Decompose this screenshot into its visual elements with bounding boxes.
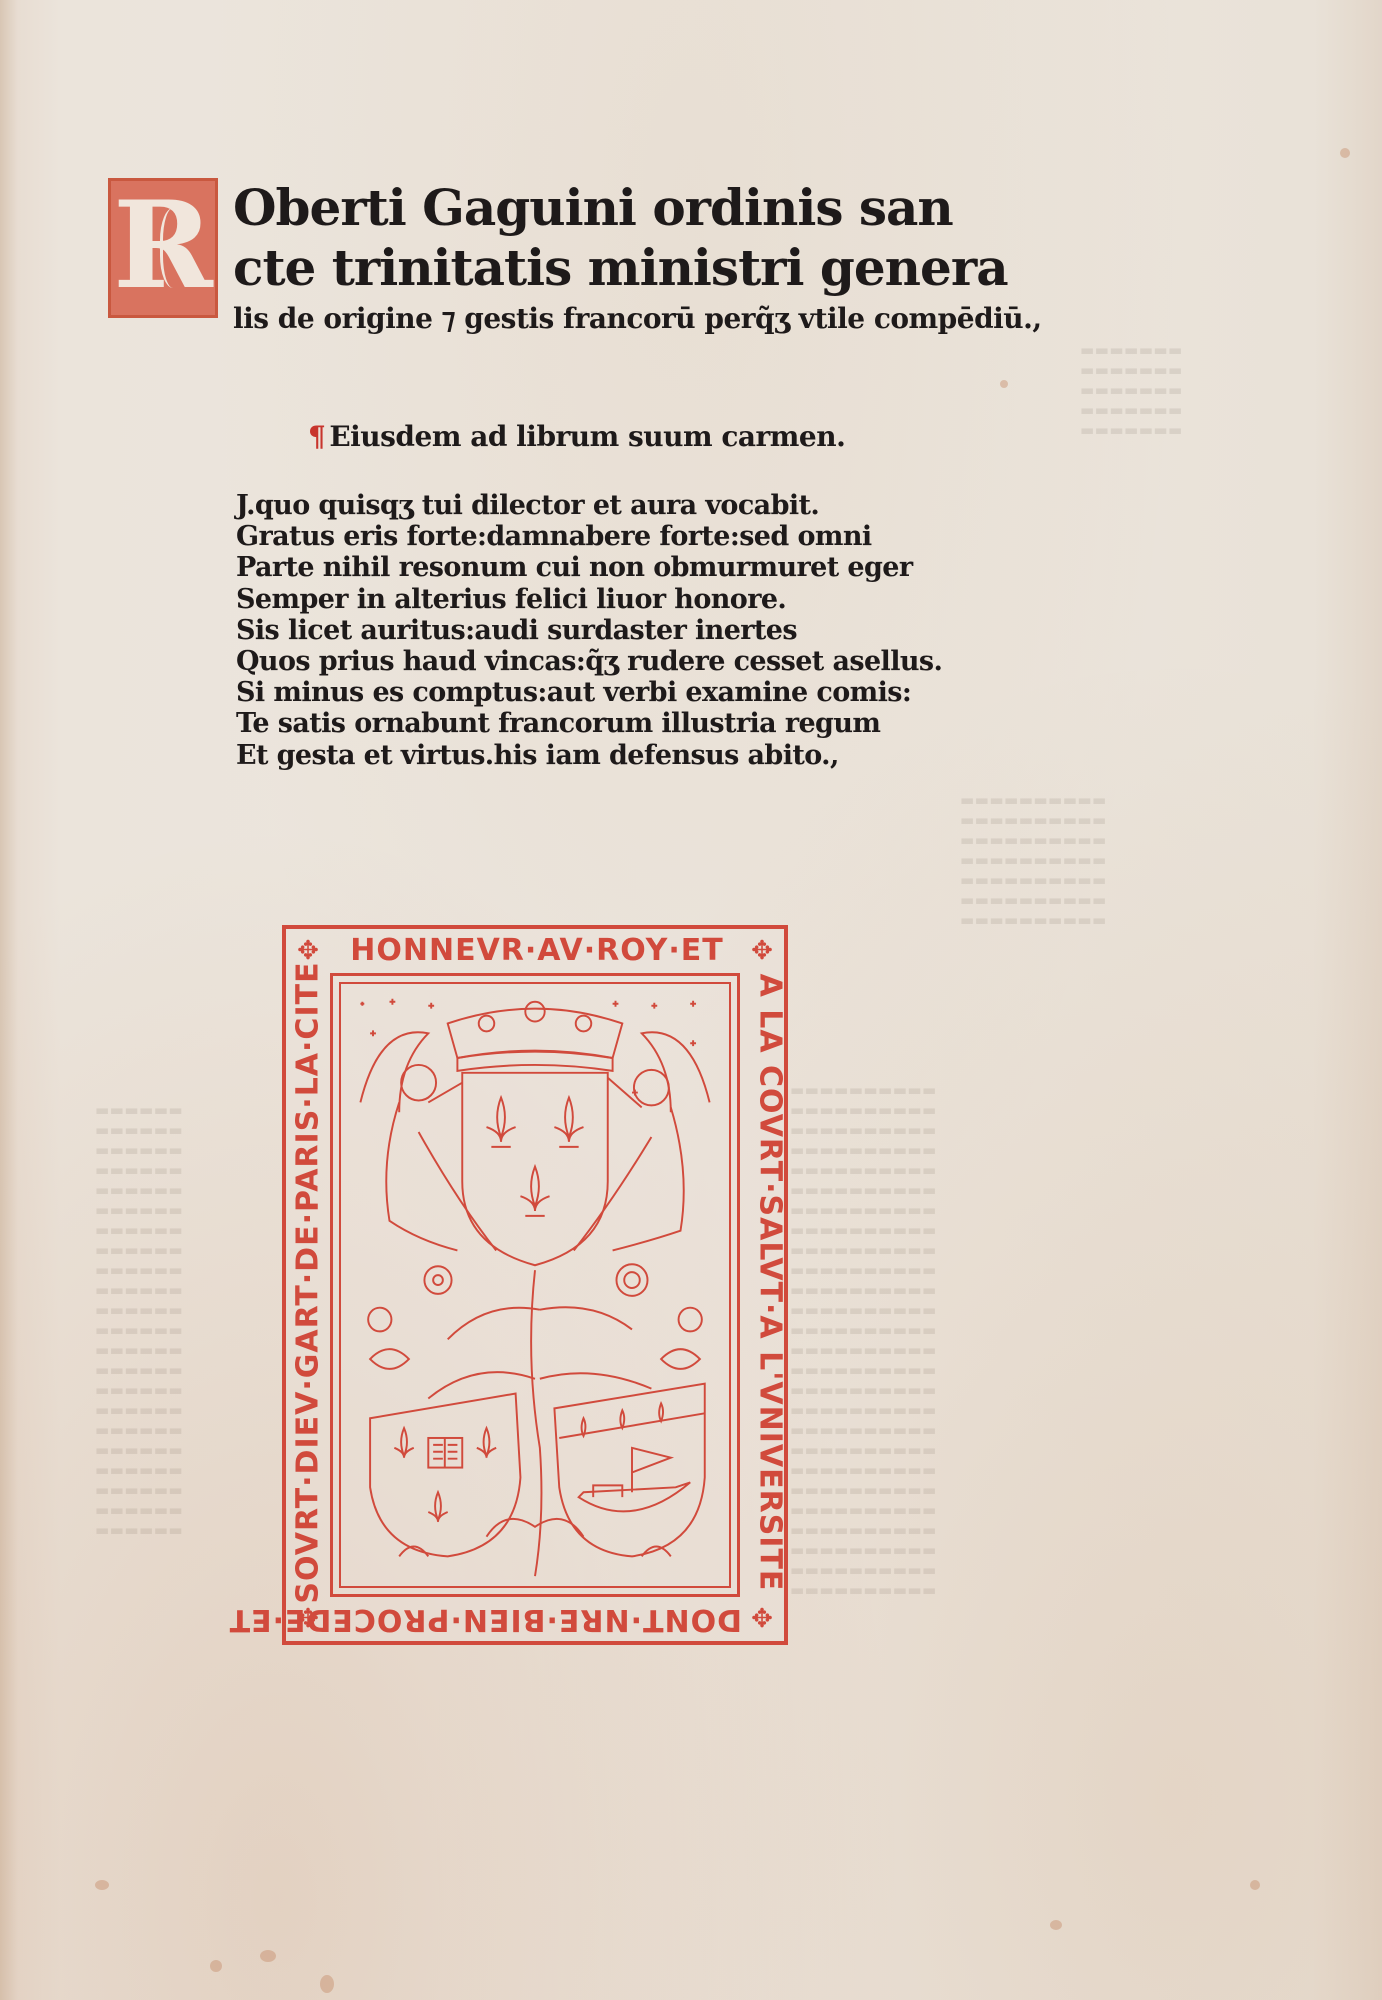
title-line-1: Oberti Gaguini ordinis san [233, 178, 953, 237]
show-through-text: ▬▬▬▬▬▬▬▬▬▬ ▬▬▬▬▬▬▬▬▬▬ ▬▬▬▬▬▬▬▬▬▬ ▬▬▬▬▬▬▬… [790, 1080, 937, 1600]
vine-foliage-icon [368, 1264, 702, 1576]
foxing-spot [1250, 1880, 1260, 1890]
poem-heading: ¶Eiusdem ad librum suum carmen. [308, 420, 845, 453]
book-page: ▬▬▬▬▬▬▬ ▬▬▬▬▬▬▬ ▬▬▬▬▬▬▬ ▬▬▬▬▬▬▬ ▬▬▬▬▬▬▬ … [0, 0, 1382, 2000]
corner-ornament-icon: ✥ [742, 931, 782, 971]
poem-line: Quos prius haud vincas:q̃ʒ rudere cesset… [236, 646, 942, 677]
corner-ornament-icon: ✥ [288, 1599, 328, 1639]
poem-line: Te satis ornabunt francorum illustria re… [236, 708, 942, 739]
paris-ship-shield-icon [554, 1384, 704, 1557]
woodcut-inner-frame [330, 973, 740, 1597]
foxing-spot [260, 1950, 276, 1962]
foxing-spot [1340, 148, 1350, 158]
poem: J.quo quisqʒ tui dilector et aura vocabi… [236, 490, 942, 771]
angel-icon [360, 1032, 496, 1250]
poem-line: Si minus es comptus:aut verbi examine co… [236, 677, 942, 708]
woodcut-image-frame [339, 982, 731, 1588]
title-line-3: lis de origine ⁊ gestis francorū perq̃ʒ … [233, 302, 1042, 335]
poem-line: Et gesta et virtus.his iam defensus abit… [236, 740, 942, 771]
shield-fleur-de-lis-icon [462, 1073, 608, 1265]
poem-line: Gratus eris forte:damnabere forte:sed om… [236, 521, 942, 552]
woodcut-illustration-icon [341, 984, 729, 1586]
woodcut-border-right: A LA COVRT·SALVT·A L'VNIVERSITE [753, 958, 788, 1608]
star-icon [360, 999, 696, 1096]
poem-line: Sis licet auritus:audi surdaster inertes [236, 615, 942, 646]
poem-line: Semper in alterius felici liuor honore. [236, 584, 942, 615]
title-line-2: cte trinitatis ministri genera [233, 238, 1008, 297]
show-through-text: ▬▬▬▬▬▬▬▬▬▬ ▬▬▬▬▬▬▬▬▬▬ ▬▬▬▬▬▬▬▬▬▬ ▬▬▬▬▬▬▬… [960, 790, 1107, 930]
university-shield-icon [370, 1394, 520, 1557]
crown-icon [448, 1002, 623, 1071]
angel-icon [574, 1032, 710, 1250]
woodcut-border-top: HONNEVR·AV·ROY·ET [332, 933, 742, 968]
foxing-spot [95, 1880, 109, 1890]
floral-ornament-icon [160, 208, 193, 288]
printers-device-woodcut: HONNEVR·AV·ROY·ET A LA COVRT·SALVT·A L'V… [282, 925, 788, 1645]
poem-line: J.quo quisqʒ tui dilector et aura vocabi… [236, 490, 942, 521]
foxing-spot [1000, 380, 1008, 388]
woodcut-border-bottom: DONT·NRE·BIEN·PROCEDE·ET [332, 1602, 742, 1637]
woodcut-border-left: SOVRT·DIEV·GART·DE·PARIS·LA·CITE [291, 958, 326, 1608]
foxing-spot [1050, 1920, 1062, 1930]
foxing-spot [320, 1975, 334, 1993]
poem-line: Parte nihil resonum cui non obmurmuret e… [236, 552, 942, 583]
poem-heading-text: Eiusdem ad librum suum carmen. [329, 420, 845, 453]
show-through-text: ▬▬▬▬▬▬▬ ▬▬▬▬▬▬▬ ▬▬▬▬▬▬▬ ▬▬▬▬▬▬▬ ▬▬▬▬▬▬▬ [1080, 340, 1183, 440]
corner-ornament-icon: ✥ [288, 931, 328, 971]
show-through-text: ▬▬▬▬▬▬ ▬▬▬▬▬▬ ▬▬▬▬▬▬ ▬▬▬▬▬▬ ▬▬▬▬▬▬ ▬▬▬▬▬… [95, 1100, 183, 1540]
foxing-spot [210, 1960, 222, 1972]
corner-ornament-icon: ✥ [742, 1599, 782, 1639]
decorated-initial: R [108, 178, 218, 318]
pilcrow-icon: ¶ [308, 420, 325, 453]
